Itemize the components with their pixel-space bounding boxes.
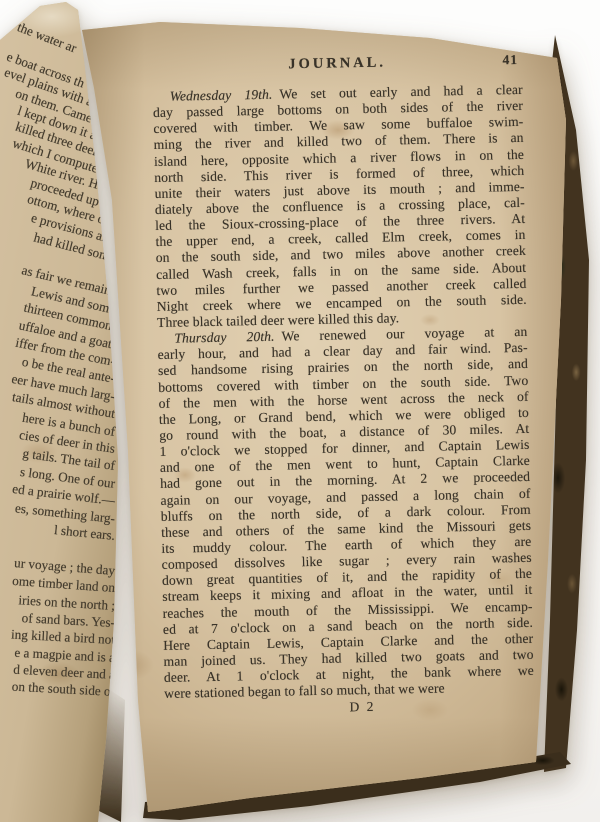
running-title: JOURNAL.: [152, 51, 522, 76]
left-page-text: f the water are boat across thevel plain…: [0, 40, 120, 701]
page-header: JOURNAL. 41: [152, 51, 522, 76]
page-number: 41: [502, 51, 518, 69]
page-body-text: Wednesday 19th.We set out early and had …: [153, 82, 535, 702]
page-text-block: JOURNAL. 41 Wednesday 19th.We set out ea…: [152, 51, 535, 719]
date-opener: Thursday 20th.: [174, 329, 274, 346]
book-page-right: JOURNAL. 41 Wednesday 19th.We set out ea…: [70, 20, 570, 812]
date-opener: Wednesday 19th.: [170, 87, 273, 104]
photo-background: JOURNAL. 41 Wednesday 19th.We set out ea…: [0, 0, 600, 822]
antique-book: JOURNAL. 41 Wednesday 19th.We set out ea…: [0, 0, 600, 822]
